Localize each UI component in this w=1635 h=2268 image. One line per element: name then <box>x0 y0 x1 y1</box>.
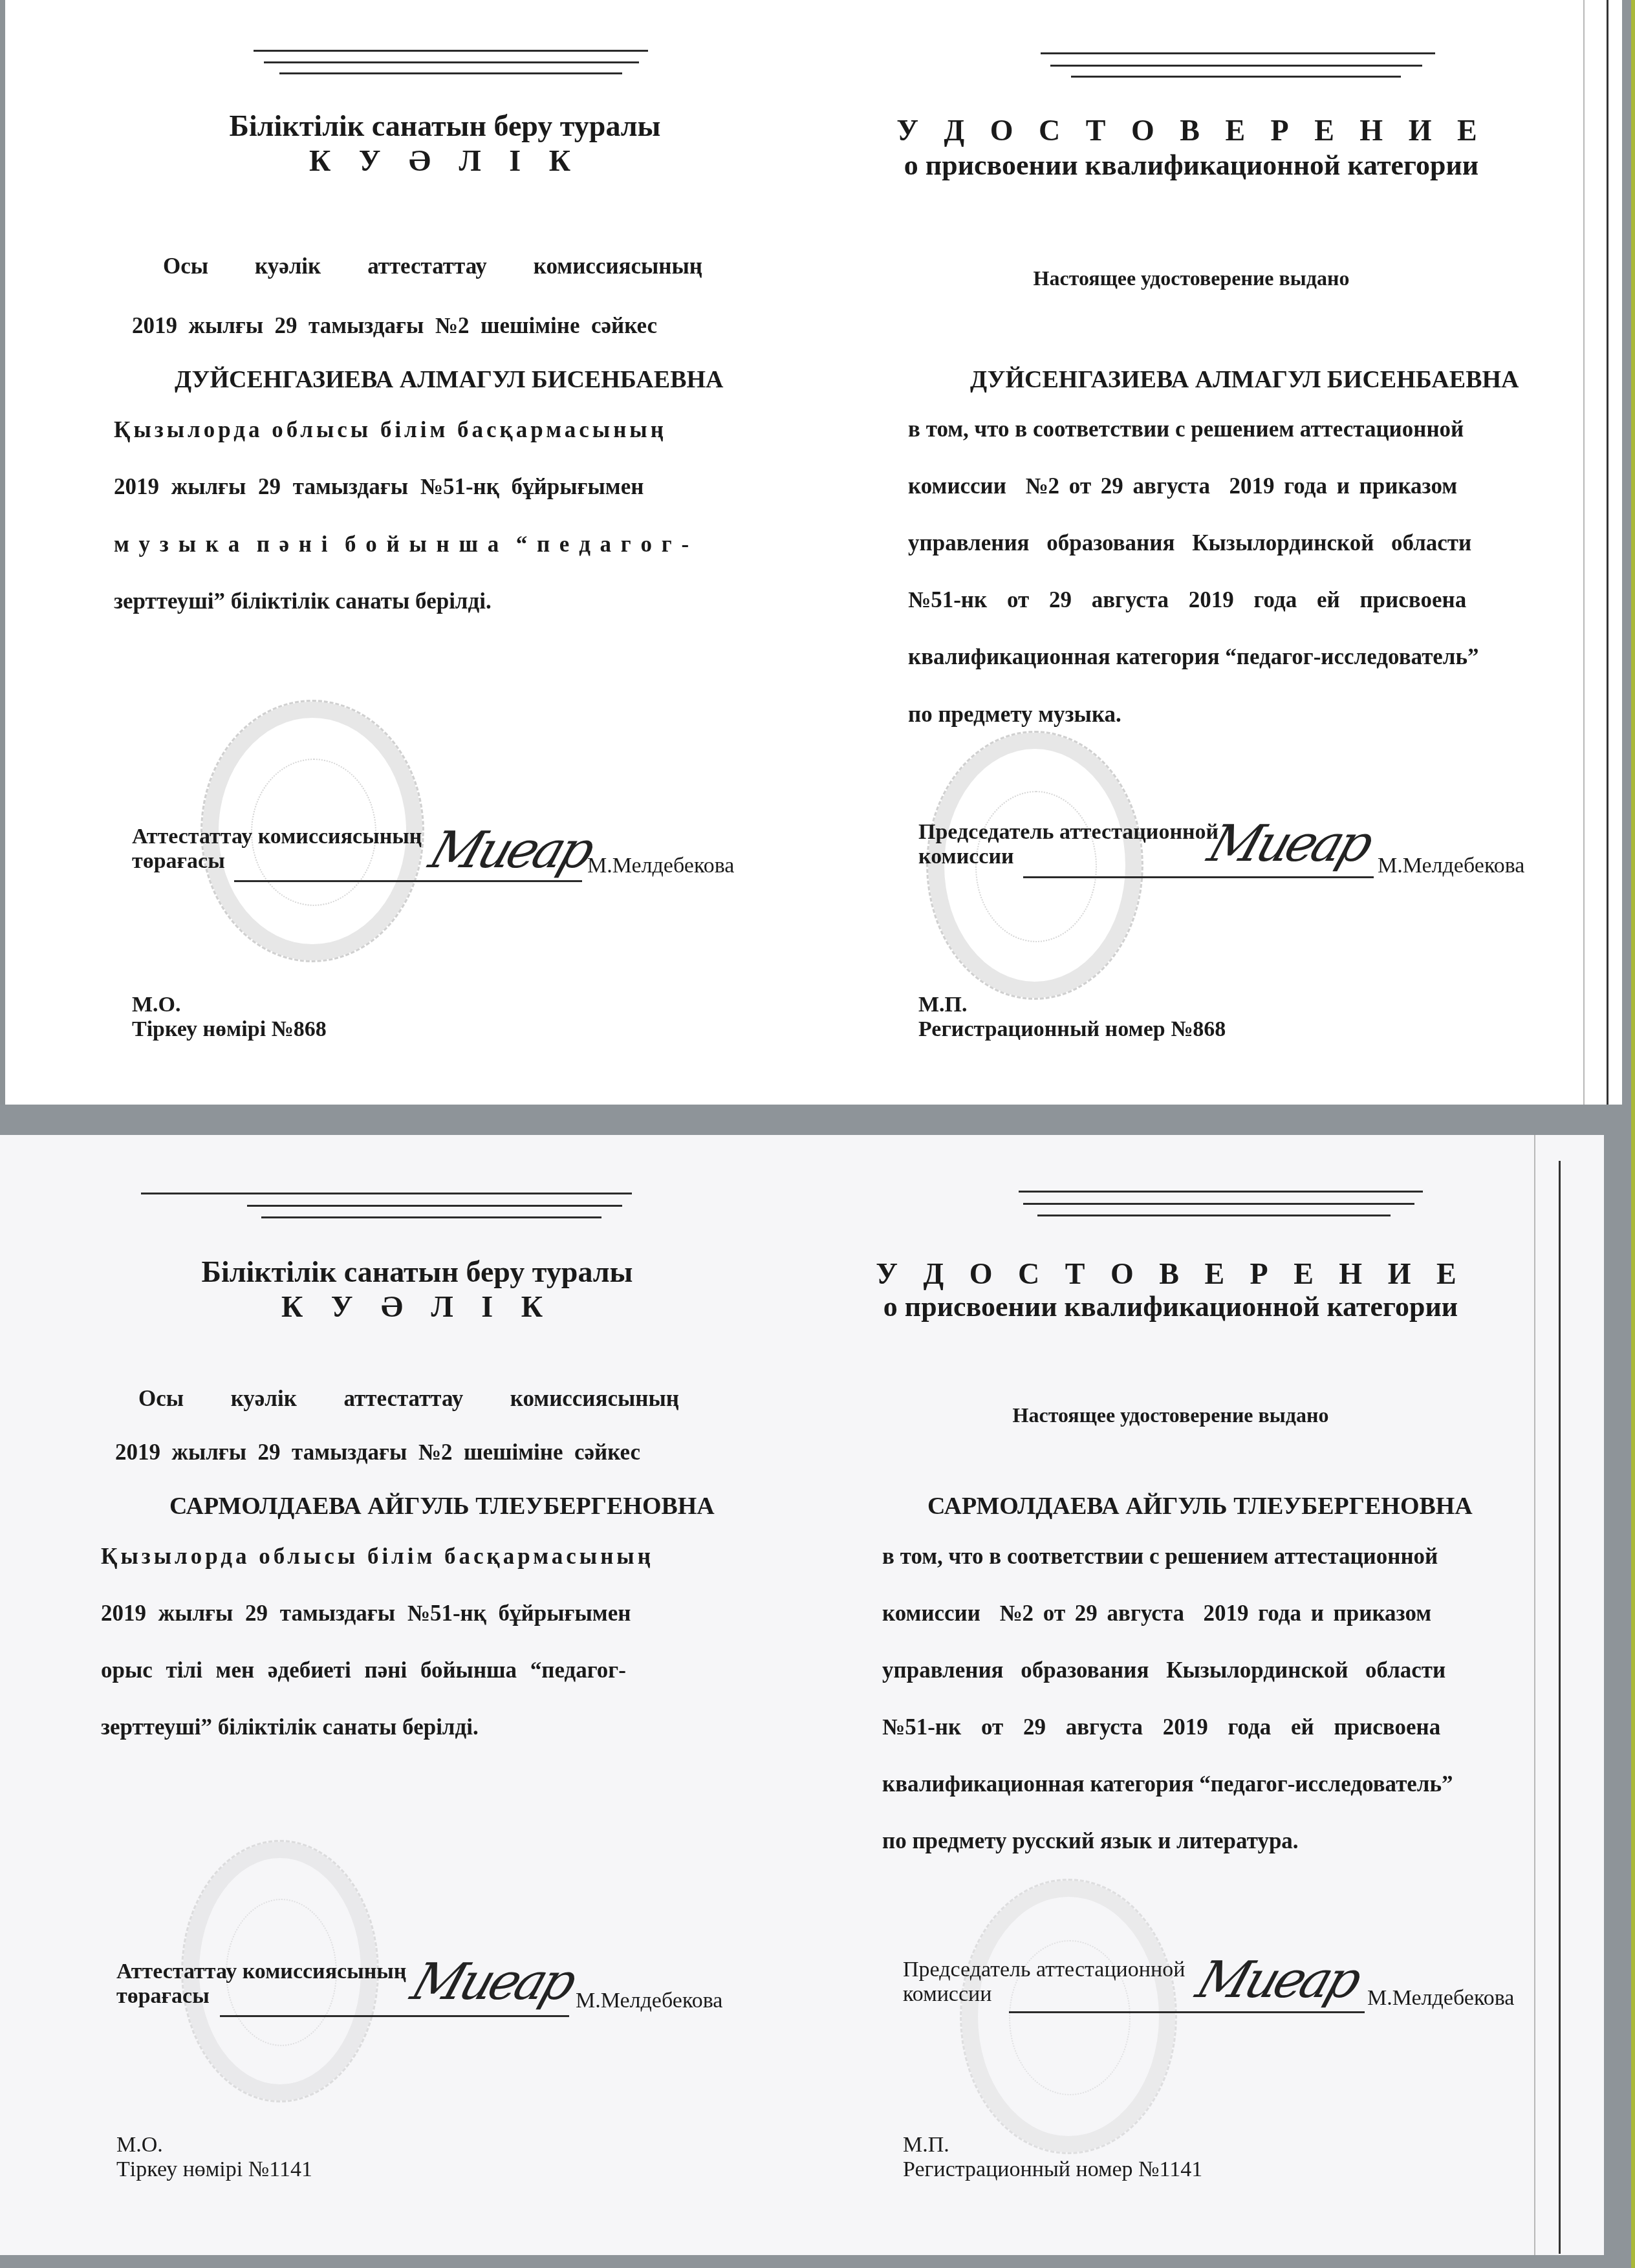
kz-recipient-name: САРМОЛДАЕВА АЙГУЛЬ ТЛЕУБЕРГЕНОВНА <box>169 1492 715 1520</box>
header-rule <box>261 1216 601 1218</box>
ru-body-line: управления образования Кызылординской об… <box>908 530 1471 556</box>
word: Осы <box>138 1386 184 1411</box>
ru-signer-name: М.Мелдебекова <box>1378 854 1524 878</box>
ru-body-line: по предмету русский язык и литература. <box>882 1828 1299 1854</box>
kz-page: Біліктілік санатын беру туралы К У Ә Л І… <box>5 0 814 1105</box>
word: аттестаттау <box>367 254 487 279</box>
ru-issued-text: Настоящее удостоверение выдано <box>861 266 1521 290</box>
word: комиссиясының <box>510 1386 679 1411</box>
signature-line <box>234 880 582 882</box>
ru-recipient-name: САРМОЛДАЕВА АЙГУЛЬ ТЛЕУБЕРГЕНОВНА <box>927 1492 1473 1520</box>
kz-recipient-name: ДУЙСЕНГАЗИЕВА АЛМАГУЛ БИСЕНБАЕВНА <box>175 365 724 394</box>
ru-body-line: по предмету музыка. <box>908 702 1121 728</box>
word: куәлік <box>231 1386 297 1411</box>
kz-title: Біліктілік санатын беру туралы <box>5 109 885 143</box>
signature-line <box>220 2015 569 2017</box>
ru-subtitle: о присвоении квалификационной категории <box>861 149 1521 182</box>
kz-intro-line-2: 2019 жылғы 29 тамыздағы №2 шешіміне сәйк… <box>115 1440 640 1465</box>
ru-body-line: в том, что в соответствии с решением атт… <box>882 1544 1438 1570</box>
ru-sign-label: комиссии <box>918 845 1014 869</box>
header-rule <box>1037 1215 1391 1216</box>
kz-sign-label: төрағасы <box>116 1984 210 2009</box>
word: комиссиясының <box>534 254 702 279</box>
header-rule <box>1019 1191 1423 1193</box>
kz-sign-label: Аттестаттау комиссиясының <box>132 825 422 849</box>
header-rule <box>247 1205 622 1207</box>
ru-issued-text: Настоящее удостоверение выдано <box>841 1403 1500 1427</box>
header-rule <box>1023 1203 1414 1205</box>
kz-body-line: зерттеуші” біліктілік санаты берілді. <box>114 589 492 614</box>
kz-sign-label: Аттестаттау комиссиясының <box>116 1960 406 1984</box>
ru-body-line: квалификационная категория “педагог-иссл… <box>908 644 1479 670</box>
kz-body-line: орыс тілі мен әдебиеті пәні бойынша “пед… <box>101 1658 626 1683</box>
ru-title: У Д О С Т О В Е Р Е Н И Е <box>841 1257 1500 1291</box>
kz-sign-label: төрағасы <box>132 849 225 874</box>
kz-body-line: 2019 жылғы 29 тамыздағы №51-нқ бұйрығыме… <box>101 1601 631 1626</box>
kz-seal-mark: М.О. <box>116 2133 163 2157</box>
ru-sign-label: комиссии <box>903 1982 991 2007</box>
signature-line <box>1023 876 1374 878</box>
ru-reg-number: Регистрационный номер №868 <box>918 1017 1226 1042</box>
kz-body-line: Қызылорда облысы білім басқармасының <box>101 1544 654 1570</box>
word: аттестаттау <box>343 1386 463 1411</box>
kz-signer-name: М.Мелдебекова <box>587 854 734 878</box>
word: Осы <box>163 254 208 279</box>
ru-page-cert-2: У Д О С Т О В Е Р Е Н И Е о присвоении к… <box>817 1135 1604 2255</box>
scan-edge <box>1631 0 1635 2268</box>
kz-intro-line-2: 2019 жылғы 29 тамыздағы №2 шешіміне сәйк… <box>132 313 657 339</box>
ru-seal-mark: М.П. <box>918 993 968 1017</box>
kz-body-line: м у з ы к а п ә н і б о й ы н ш а “ п е … <box>114 532 691 557</box>
kz-page-bottom-cert: Біліктілік санатын беру туралы К У Ә Л І… <box>0 1135 808 2255</box>
ru-recipient-name: ДУЙСЕНГАЗИЕВА АЛМАГУЛ БИСЕНБАЕВНА <box>970 365 1519 394</box>
word: куәлік <box>255 254 321 279</box>
signature-line <box>1009 2011 1365 2013</box>
header-rule <box>254 50 648 52</box>
handwritten-signature: Mиеар <box>1201 815 1377 873</box>
header-rule <box>1041 52 1435 54</box>
header-rule <box>1071 76 1401 78</box>
kz-intro-line-1: Осы куәлік аттестаттау комиссиясының <box>138 1386 679 1412</box>
ru-signer-name: М.Мелдебекова <box>1367 1986 1514 2011</box>
kz-signer-name: М.Мелдебекова <box>576 1989 722 2013</box>
handwritten-signature: Mиеар <box>1189 1951 1365 2009</box>
ru-body-line: комиссии №2 от 29 августа 2019 года и пр… <box>882 1601 1431 1626</box>
kz-body-line: 2019 жылғы 29 тамыздағы №51-нқ бұйрығыме… <box>114 474 644 500</box>
ru-seal-mark: М.П. <box>903 2133 949 2157</box>
kz-seal-mark: М.О. <box>132 993 181 1017</box>
scan-edge <box>0 0 5 1105</box>
handwritten-signature: Mиеар <box>404 1953 580 2011</box>
kz-reg-number: Тіркеу нөмірі №1141 <box>116 2157 312 2182</box>
ru-body-line: №51-нк от 29 августа 2019 года ей присво… <box>882 1714 1440 1740</box>
ru-body-line: №51-нк от 29 августа 2019 года ей присво… <box>908 587 1466 613</box>
ru-sign-label: Председатель аттестационной <box>918 820 1218 845</box>
kz-title: Біліктілік санатын беру туралы <box>0 1255 834 1289</box>
ru-body-line: управления образования Кызылординской об… <box>882 1658 1446 1683</box>
ru-title: У Д О С Т О В Е Р Е Н И Е <box>861 113 1521 147</box>
header-rule <box>237 1193 632 1194</box>
ru-page: У Д О С Т О В Е Р Е Н И Е о присвоении к… <box>823 0 1618 1105</box>
header-rule <box>264 61 639 63</box>
header-rule <box>279 72 622 74</box>
kz-reg-number: Тіркеу нөмірі №868 <box>132 1017 327 1042</box>
header-rule <box>1050 65 1422 67</box>
ru-body-line: комиссии №2 от 29 августа 2019 года и пр… <box>908 473 1457 499</box>
kz-body-line: Қызылорда облысы білім басқармасының <box>114 417 667 443</box>
kz-intro-line-1: Осы куәлік аттестаттау комиссиясының <box>163 254 702 279</box>
kz-doc-type: К У Ә Л І К <box>5 144 885 178</box>
ru-sign-label: Председатель аттестационной <box>903 1958 1185 1982</box>
ru-reg-number: Регистрационный номер №1141 <box>903 2157 1202 2182</box>
ru-subtitle: о присвоении квалификационной категории <box>841 1290 1500 1323</box>
ru-body-line: квалификационная категория “педагог-иссл… <box>882 1771 1453 1797</box>
official-seal <box>960 1879 1177 2154</box>
certificate-sheet-1: Біліктілік санатын беру туралы К У Ә Л І… <box>5 0 1622 1105</box>
ru-body-line: в том, что в соответствии с решением атт… <box>908 416 1464 442</box>
kz-body-line: зерттеуші” біліктілік санаты берілді. <box>101 1714 479 1740</box>
handwritten-signature: Mиеар <box>422 821 598 880</box>
kz-doc-type: К У Ә Л І К <box>0 1290 834 1324</box>
